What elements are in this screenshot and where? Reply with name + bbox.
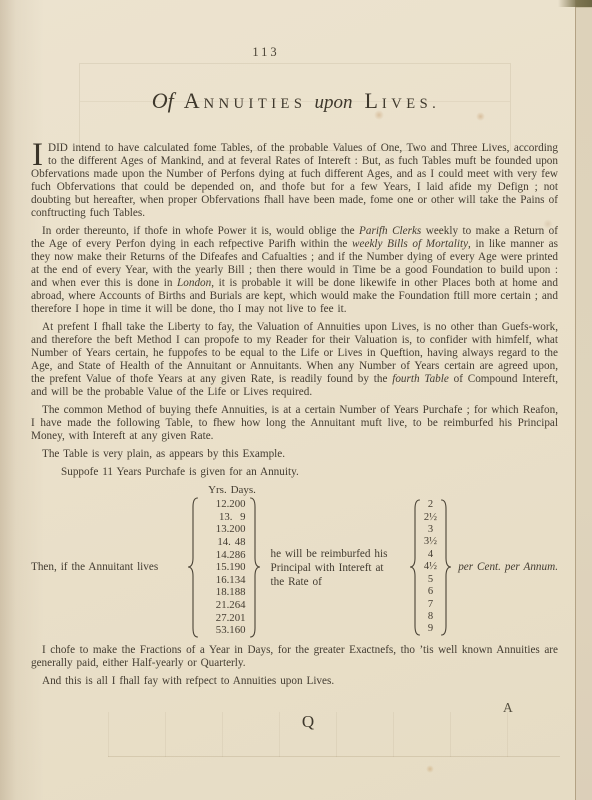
years-days-value: 27.201 (199, 612, 246, 625)
paragraph: In order thereunto, if thofe in whofe Po… (31, 225, 558, 316)
paragraph: At prefent I fhall take the Liberty to f… (31, 321, 558, 399)
signature-mark: A (503, 700, 513, 716)
reimbursement-line: the Rate of (271, 575, 409, 589)
text-run: And this is all I fhall fay with refpect… (42, 675, 334, 687)
reimbursement-line: Principal with Intereft at (271, 561, 409, 575)
reimbursement-text: he will be reimburfed hisPrincipal with … (261, 547, 409, 589)
text-run: The common Method of buying thefe Annuit… (31, 404, 558, 442)
text-run: The Table is very plain, as appears by t… (42, 448, 285, 460)
annuity-table-row: Then, if the Annuitant lives 12.20013. 9… (31, 497, 558, 638)
body-text: IDID intend to have calculated fome Tabl… (31, 142, 558, 693)
rate-value: 3½ (421, 536, 440, 548)
title-annuities: NNUITIES (204, 96, 307, 112)
years-days-value: 13. 9 (199, 511, 246, 524)
text-run: DID intend to have calculated fome Table… (31, 142, 558, 219)
chapter-title: OfANNUITIESuponLIVES. (0, 88, 592, 114)
years-days-value: 15.190 (199, 561, 246, 574)
paragraph: IDID intend to have calculated fome Tabl… (31, 142, 558, 220)
years-days-value: 18.188 (199, 586, 246, 599)
page-number: 113 (0, 45, 532, 60)
rate-value: 5 (421, 574, 440, 586)
text-run: I chofe to make the Fractions of a Year … (31, 644, 558, 669)
reimbursement-line: he will be reimburfed his (271, 547, 409, 561)
right-curly-brace-icon (440, 499, 452, 636)
title-initial-l: L (364, 88, 381, 113)
years-days-value: 16.134 (199, 574, 246, 587)
italic-text: fourth Table (392, 373, 449, 385)
per-cent-label: per Cent. per Annum. (452, 561, 558, 574)
years-days-value: 14. 48 (199, 536, 246, 549)
paragraph: I chofe to make the Fractions of a Year … (31, 644, 558, 670)
text-run: In order thereunto, if thofe in whofe Po… (42, 225, 359, 237)
title-lives: IVES. (382, 96, 440, 112)
rates-column: 22½33½44½56789 (421, 499, 440, 635)
left-curly-brace-icon (187, 497, 199, 638)
rate-value: 4½ (421, 561, 440, 573)
title-upon: upon (314, 92, 352, 113)
italic-text: London (177, 277, 211, 289)
left-curly-brace-icon (409, 499, 421, 636)
years-days-value: 53.160 (199, 624, 246, 637)
drop-cap: I (32, 143, 43, 168)
title-initial-a: A (184, 88, 204, 113)
paragraph-group: IDID intend to have calculated fome Tabl… (31, 142, 558, 479)
years-days-value: 14.286 (199, 549, 246, 562)
years-days-value: 21.264 (199, 599, 246, 612)
page-corner-dark (558, 0, 592, 7)
annuity-table: Yrs. Days. Then, if the Annuitant lives … (31, 484, 558, 638)
rate-value: 7 (421, 599, 440, 611)
paragraph: Suppofe 11 Years Purchafe is given for a… (31, 466, 558, 479)
rate-value: 9 (421, 623, 440, 635)
paragraph: And this is all I fhall fay with refpect… (31, 675, 558, 688)
rate-value: 6 (421, 586, 440, 598)
paper-stain (426, 765, 434, 773)
page-edge-strip (575, 0, 592, 800)
rate-value: 2 (421, 499, 440, 511)
right-curly-brace-icon (249, 497, 261, 638)
years-days-value: 13.200 (199, 523, 246, 536)
rate-value: 3 (421, 524, 440, 536)
paragraph: The common Method of buying thefe Annuit… (31, 404, 558, 443)
italic-text: weekly Bills of Mortality (352, 238, 468, 250)
paragraph: The Table is very plain, as appears by t… (31, 448, 558, 461)
yrs-days-header: Yrs. Days. (199, 484, 265, 497)
years-days-value: 12.200 (199, 498, 246, 511)
rate-value: 4 (421, 549, 440, 561)
text-run: Suppofe 11 Years Purchafe is given for a… (61, 466, 299, 478)
title-of: Of (152, 88, 174, 113)
paragraph-group: I chofe to make the Fractions of a Year … (31, 644, 558, 688)
italic-text: Parifh Clerks (359, 225, 421, 237)
years-days-column: 12.20013. 913.20014. 4814.28615.19016.13… (199, 498, 249, 637)
rate-value: 8 (421, 611, 440, 623)
annuitant-label: Then, if the Annuitant lives (31, 561, 187, 574)
rate-value: 2½ (421, 512, 440, 524)
